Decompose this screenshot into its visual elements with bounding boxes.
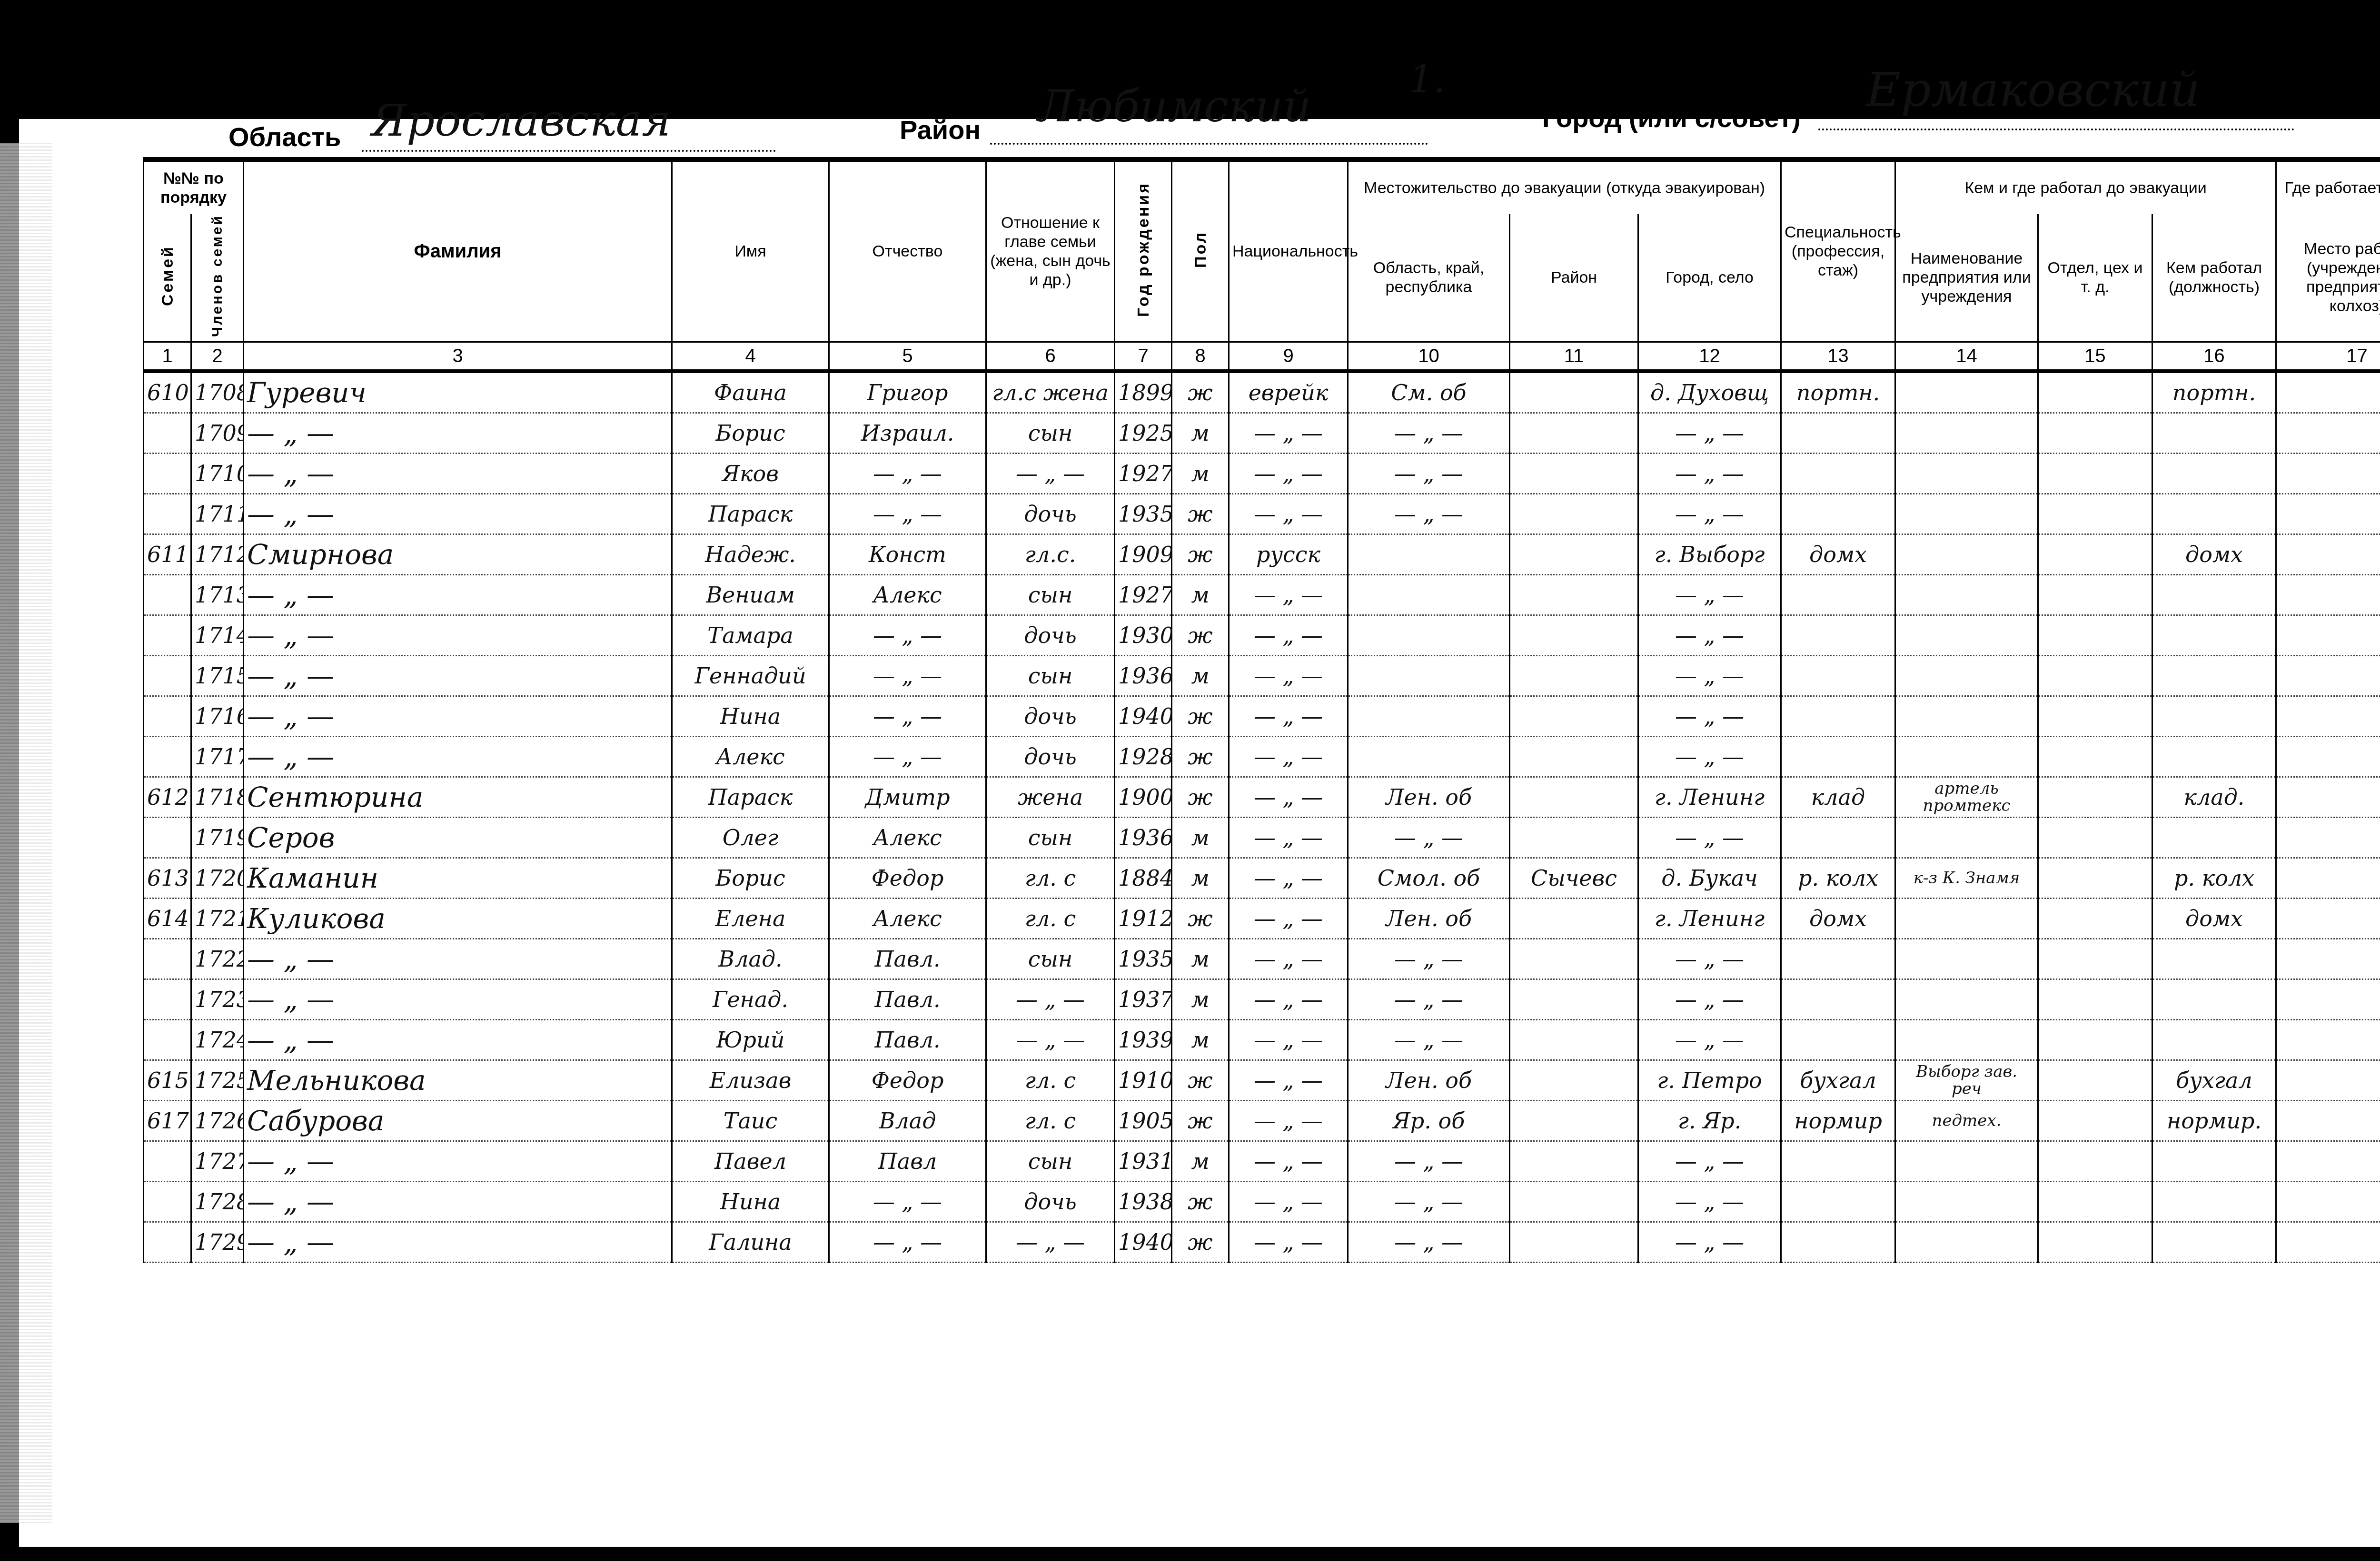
cell-position: бухгал bbox=[2152, 1060, 2276, 1100]
cell-dept bbox=[2038, 615, 2152, 655]
header-members-text: Членов семей bbox=[208, 214, 227, 337]
cell-relation: дочь bbox=[986, 736, 1115, 777]
cell-dept bbox=[2038, 939, 2152, 979]
cell-city: — „ — bbox=[1638, 736, 1781, 777]
cell-nationality: — „ — bbox=[1229, 696, 1348, 736]
cell-specialty: нормир bbox=[1781, 1100, 1895, 1141]
cell-nationality: — „ — bbox=[1229, 736, 1348, 777]
cell-nationality: — „ — bbox=[1229, 1141, 1348, 1181]
cell-work-place bbox=[2276, 1060, 2380, 1100]
cell-name: Геннадий bbox=[672, 655, 829, 696]
cell-dept bbox=[2038, 1141, 2152, 1181]
cell-dept bbox=[2038, 777, 2152, 817]
cell-patronymic: — „ — bbox=[829, 1222, 986, 1262]
cell-name: Олег bbox=[672, 817, 829, 858]
cell-oblast: — „ — bbox=[1348, 413, 1510, 453]
cell-family: 614 bbox=[144, 898, 191, 939]
col-num-8: 8 bbox=[1172, 342, 1229, 371]
cell-member: 1720 bbox=[191, 858, 244, 898]
cell-work-place bbox=[2276, 696, 2380, 736]
cell-year: 1884 bbox=[1115, 858, 1172, 898]
cell-year: 1937 bbox=[1115, 979, 1172, 1019]
cell-org bbox=[1895, 979, 2038, 1019]
header-specialty: Специальность (профессия, стаж) bbox=[1781, 159, 1895, 342]
header-birth-year: Год рождения bbox=[1115, 159, 1172, 342]
cell-family bbox=[144, 1141, 191, 1181]
cell-patronymic: Григор bbox=[829, 371, 986, 413]
cell-position: портн. bbox=[2152, 371, 2276, 413]
cell-surname: Сабурова bbox=[244, 1100, 672, 1141]
cell-family bbox=[144, 453, 191, 494]
header-oblast: Область, край, республика bbox=[1348, 214, 1510, 342]
cell-raion bbox=[1510, 413, 1638, 453]
cell-work-place bbox=[2276, 1222, 2380, 1262]
cell-nationality: — „ — bbox=[1229, 939, 1348, 979]
cell-surname: — „ — bbox=[244, 1222, 672, 1262]
cell-year: 1935 bbox=[1115, 494, 1172, 534]
cell-org bbox=[1895, 615, 2038, 655]
cell-work-place bbox=[2276, 413, 2380, 453]
cell-specialty bbox=[1781, 615, 1895, 655]
cell-city: — „ — bbox=[1638, 453, 1781, 494]
cell-raion bbox=[1510, 655, 1638, 696]
cell-city: г. Ленинг bbox=[1638, 777, 1781, 817]
cell-specialty: р. колх bbox=[1781, 858, 1895, 898]
header-relation: Отношение к главе семьи (жена, сын дочь … bbox=[986, 159, 1115, 342]
oblast-label: Область bbox=[228, 121, 341, 152]
cell-surname: Смирнова bbox=[244, 534, 672, 574]
cell-raion bbox=[1510, 1060, 1638, 1100]
cell-year: 1912 bbox=[1115, 898, 1172, 939]
cell-name: Елизав bbox=[672, 1060, 829, 1100]
cell-surname: Гуревич bbox=[244, 371, 672, 413]
gorod-label: Город (или с/совет) bbox=[1542, 102, 1801, 133]
col-num-17: 17 bbox=[2276, 342, 2380, 371]
evacuee-register-table: №№ по порядку Фамилия Имя Отчество Отнош… bbox=[143, 157, 2380, 1263]
cell-year: 1927 bbox=[1115, 453, 1172, 494]
cell-org bbox=[1895, 898, 2038, 939]
paper-edge-texture bbox=[0, 143, 52, 1523]
cell-relation: гл. с bbox=[986, 1100, 1115, 1141]
cell-relation: — „ — bbox=[986, 1222, 1115, 1262]
cell-oblast: — „ — bbox=[1348, 1019, 1510, 1060]
cell-raion bbox=[1510, 777, 1638, 817]
cell-dept bbox=[2038, 655, 2152, 696]
cell-family bbox=[144, 1222, 191, 1262]
cell-specialty bbox=[1781, 736, 1895, 777]
handwritten-scribble-mark bbox=[2356, 157, 2380, 319]
cell-patronymic: — „ — bbox=[829, 696, 986, 736]
cell-member: 1717 bbox=[191, 736, 244, 777]
cell-position bbox=[2152, 615, 2276, 655]
cell-sex: м bbox=[1172, 858, 1229, 898]
cell-org bbox=[1895, 696, 2038, 736]
cell-patronymic: Израил. bbox=[829, 413, 986, 453]
cell-oblast bbox=[1348, 696, 1510, 736]
cell-member: 1711 bbox=[191, 494, 244, 534]
table-row: 1722— „ —Влад.Павл.сын1935м— „ —— „ —— „… bbox=[144, 939, 2380, 979]
cell-org bbox=[1895, 736, 2038, 777]
cell-name: Павел bbox=[672, 1141, 829, 1181]
cell-dept bbox=[2038, 858, 2152, 898]
table-row: 1710— „ —Яков— „ —— „ —1927м— „ —— „ —— … bbox=[144, 453, 2380, 494]
cell-city: д. Букач bbox=[1638, 858, 1781, 898]
cell-work-place bbox=[2276, 1019, 2380, 1060]
cell-nationality: — „ — bbox=[1229, 1100, 1348, 1141]
cell-family bbox=[144, 939, 191, 979]
cell-work-place bbox=[2276, 858, 2380, 898]
cell-city: — „ — bbox=[1638, 979, 1781, 1019]
cell-raion bbox=[1510, 736, 1638, 777]
header-nationality: Национальность bbox=[1229, 159, 1348, 342]
header-raion: Район bbox=[1510, 214, 1638, 342]
cell-raion bbox=[1510, 1100, 1638, 1141]
cell-relation: — „ — bbox=[986, 979, 1115, 1019]
cell-relation: — „ — bbox=[986, 453, 1115, 494]
cell-dept bbox=[2038, 696, 2152, 736]
cell-surname: — „ — bbox=[244, 574, 672, 615]
cell-surname: Серов bbox=[244, 817, 672, 858]
cell-oblast: — „ — bbox=[1348, 494, 1510, 534]
header-group-residence: Местожительство до эвакуации (откуда эва… bbox=[1348, 159, 1781, 214]
cell-city: — „ — bbox=[1638, 1019, 1781, 1060]
cell-relation: дочь bbox=[986, 615, 1115, 655]
cell-dept bbox=[2038, 453, 2152, 494]
cell-position bbox=[2152, 574, 2276, 615]
header-dept: Отдел, цех и т. д. bbox=[2038, 214, 2152, 342]
cell-org bbox=[1895, 371, 2038, 413]
cell-surname: Куликова bbox=[244, 898, 672, 939]
cell-work-place bbox=[2276, 574, 2380, 615]
cell-dept bbox=[2038, 371, 2152, 413]
cell-patronymic: — „ — bbox=[829, 655, 986, 696]
cell-org bbox=[1895, 1222, 2038, 1262]
cell-raion bbox=[1510, 371, 1638, 413]
cell-raion bbox=[1510, 898, 1638, 939]
cell-specialty bbox=[1781, 413, 1895, 453]
col-num-11: 11 bbox=[1510, 342, 1638, 371]
cell-position bbox=[2152, 939, 2276, 979]
gorod-value: Ермаковский bbox=[1866, 62, 2200, 118]
cell-name: Вениам bbox=[672, 574, 829, 615]
cell-dept bbox=[2038, 817, 2152, 858]
cell-name: Фаина bbox=[672, 371, 829, 413]
table-row: 6121718СентюринаПараскДмитржена1900ж— „ … bbox=[144, 777, 2380, 817]
cell-oblast: Лен. об bbox=[1348, 1060, 1510, 1100]
cell-nationality: — „ — bbox=[1229, 1181, 1348, 1222]
cell-work-place bbox=[2276, 1181, 2380, 1222]
cell-work-place bbox=[2276, 939, 2380, 979]
table-row: 6111712СмирноваНадеж.Констгл.с.1909жрусс… bbox=[144, 534, 2380, 574]
header-city: Город, село bbox=[1638, 214, 1781, 342]
cell-dept bbox=[2038, 413, 2152, 453]
cell-city: — „ — bbox=[1638, 1141, 1781, 1181]
cell-raion bbox=[1510, 979, 1638, 1019]
cell-name: Яков bbox=[672, 453, 829, 494]
cell-nationality: — „ — bbox=[1229, 1222, 1348, 1262]
table-row: 1715— „ —Геннадий— „ —сын1936м— „ —— „ —… bbox=[144, 655, 2380, 696]
cell-city: — „ — bbox=[1638, 817, 1781, 858]
cell-year: 1927 bbox=[1115, 574, 1172, 615]
header-sex-text: Пол bbox=[1191, 231, 1210, 268]
cell-position: домх bbox=[2152, 898, 2276, 939]
cell-position: р. колх bbox=[2152, 858, 2276, 898]
cell-name: Галина bbox=[672, 1222, 829, 1262]
cell-work-place bbox=[2276, 777, 2380, 817]
raion-fill-line bbox=[990, 143, 1428, 145]
cell-name: Генад. bbox=[672, 979, 829, 1019]
cell-year: 1930 bbox=[1115, 615, 1172, 655]
cell-name: Алекс bbox=[672, 736, 829, 777]
header-families-text: Семей bbox=[158, 245, 177, 306]
cell-patronymic: Павл. bbox=[829, 1019, 986, 1060]
cell-org bbox=[1895, 939, 2038, 979]
cell-sex: ж bbox=[1172, 494, 1229, 534]
cell-patronymic: Конст bbox=[829, 534, 986, 574]
cell-relation: гл. с bbox=[986, 1060, 1115, 1100]
cell-year: 1900 bbox=[1115, 777, 1172, 817]
cell-nationality: русск bbox=[1229, 534, 1348, 574]
cell-member: 1715 bbox=[191, 655, 244, 696]
cell-sex: ж bbox=[1172, 696, 1229, 736]
cell-surname: — „ — bbox=[244, 655, 672, 696]
cell-work-place bbox=[2276, 979, 2380, 1019]
table-row: 6151725МельниковаЕлизавФедоргл. с1910ж— … bbox=[144, 1060, 2380, 1100]
cell-sex: ж bbox=[1172, 777, 1229, 817]
cell-relation: сын bbox=[986, 655, 1115, 696]
cell-name: Надеж. bbox=[672, 534, 829, 574]
cell-year: 1899 bbox=[1115, 371, 1172, 413]
cell-surname: — „ — bbox=[244, 979, 672, 1019]
cell-surname: Сентюрина bbox=[244, 777, 672, 817]
cell-specialty bbox=[1781, 817, 1895, 858]
cell-city: — „ — bbox=[1638, 696, 1781, 736]
cell-city: г. Выборг bbox=[1638, 534, 1781, 574]
table-row: 1728— „ —Нина— „ —дочь1938ж— „ —— „ —— „… bbox=[144, 1181, 2380, 1222]
cell-dept bbox=[2038, 534, 2152, 574]
cell-patronymic: — „ — bbox=[829, 453, 986, 494]
cell-city: — „ — bbox=[1638, 1181, 1781, 1222]
cell-specialty bbox=[1781, 1181, 1895, 1222]
cell-family bbox=[144, 655, 191, 696]
cell-year: 1931 bbox=[1115, 1141, 1172, 1181]
col-num-4: 4 bbox=[672, 342, 829, 371]
cell-dept bbox=[2038, 1060, 2152, 1100]
cell-patronymic: Павл bbox=[829, 1141, 986, 1181]
cell-position bbox=[2152, 696, 2276, 736]
cell-sex: м bbox=[1172, 1019, 1229, 1060]
cell-surname: Каманин bbox=[244, 858, 672, 898]
cell-position: клад. bbox=[2152, 777, 2276, 817]
table-row: 1723— „ —Генад.Павл.— „ —1937м— „ —— „ —… bbox=[144, 979, 2380, 1019]
cell-family: 611 bbox=[144, 534, 191, 574]
cell-family: 617 bbox=[144, 1100, 191, 1141]
header-position: Кем работал (должность) bbox=[2152, 214, 2276, 342]
cell-surname: Мельникова bbox=[244, 1060, 672, 1100]
cell-specialty bbox=[1781, 1141, 1895, 1181]
cell-relation: жена bbox=[986, 777, 1115, 817]
cell-sex: ж bbox=[1172, 1100, 1229, 1141]
cell-family: 610 bbox=[144, 371, 191, 413]
cell-position bbox=[2152, 413, 2276, 453]
cell-raion bbox=[1510, 534, 1638, 574]
cell-patronymic: Алекс bbox=[829, 898, 986, 939]
cell-work-place bbox=[2276, 655, 2380, 696]
cell-year: 1938 bbox=[1115, 1181, 1172, 1222]
cell-year: 1928 bbox=[1115, 736, 1172, 777]
table-row: 6131720КаманинБорисФедоргл. с1884м— „ —С… bbox=[144, 858, 2380, 898]
cell-relation: гл.с жена bbox=[986, 371, 1115, 413]
table-row: 1729— „ —Галина— „ —— „ —1940ж— „ —— „ —… bbox=[144, 1222, 2380, 1262]
cell-patronymic: Алекс bbox=[829, 574, 986, 615]
cell-relation: дочь bbox=[986, 494, 1115, 534]
cell-relation: гл. с bbox=[986, 858, 1115, 898]
col-num-6: 6 bbox=[986, 342, 1115, 371]
cell-org bbox=[1895, 655, 2038, 696]
col-num-16: 16 bbox=[2152, 342, 2276, 371]
cell-year: 1940 bbox=[1115, 1222, 1172, 1262]
cell-member: 1713 bbox=[191, 574, 244, 615]
cell-position bbox=[2152, 817, 2276, 858]
cell-nationality: еврейк bbox=[1229, 371, 1348, 413]
col-num-14: 14 bbox=[1895, 342, 2038, 371]
cell-name: Параск bbox=[672, 777, 829, 817]
cell-patronymic: Федор bbox=[829, 1060, 986, 1100]
header-group-work-before: Кем и где работал до эвакуации bbox=[1895, 159, 2276, 214]
cell-city: г. Петро bbox=[1638, 1060, 1781, 1100]
cell-position: домх bbox=[2152, 534, 2276, 574]
table-row: 1709— „ —БорисИзраил.сын1925м— „ —— „ ——… bbox=[144, 413, 2380, 453]
cell-name: Влад. bbox=[672, 939, 829, 979]
cell-patronymic: — „ — bbox=[829, 494, 986, 534]
col-num-1: 1 bbox=[144, 342, 191, 371]
header-org: Наименование предприятия или учреждения bbox=[1895, 214, 2038, 342]
cell-work-place bbox=[2276, 817, 2380, 858]
cell-raion bbox=[1510, 696, 1638, 736]
cell-sex: ж bbox=[1172, 898, 1229, 939]
cell-surname: — „ — bbox=[244, 1181, 672, 1222]
cell-specialty: бухгал bbox=[1781, 1060, 1895, 1100]
cell-raion bbox=[1510, 494, 1638, 534]
cell-surname: — „ — bbox=[244, 615, 672, 655]
cell-position bbox=[2152, 736, 2276, 777]
cell-city: — „ — bbox=[1638, 413, 1781, 453]
cell-city: — „ — bbox=[1638, 939, 1781, 979]
cell-year: 1940 bbox=[1115, 696, 1172, 736]
table-row: 1716— „ —Нина— „ —дочь1940ж— „ —— „ —— „… bbox=[144, 696, 2380, 736]
cell-org bbox=[1895, 453, 2038, 494]
cell-position bbox=[2152, 1181, 2276, 1222]
table-row: 1727— „ —ПавелПавлсын1931м— „ —— „ —— „ … bbox=[144, 1141, 2380, 1181]
cell-relation: сын bbox=[986, 1141, 1115, 1181]
cell-surname: — „ — bbox=[244, 453, 672, 494]
cell-member: 1714 bbox=[191, 615, 244, 655]
cell-sex: м bbox=[1172, 655, 1229, 696]
page-mark: 1. bbox=[1409, 57, 1445, 101]
cell-work-place bbox=[2276, 494, 2380, 534]
cell-dept bbox=[2038, 1181, 2152, 1222]
cell-relation: дочь bbox=[986, 1181, 1115, 1222]
cell-family bbox=[144, 1181, 191, 1222]
cell-member: 1710 bbox=[191, 453, 244, 494]
cell-specialty: домх bbox=[1781, 898, 1895, 939]
register-body: 6101708ГуревичФаинаГригоргл.с жена1899же… bbox=[144, 371, 2380, 1263]
cell-dept bbox=[2038, 574, 2152, 615]
cell-position bbox=[2152, 453, 2276, 494]
header-name: Имя bbox=[672, 159, 829, 342]
cell-org bbox=[1895, 494, 2038, 534]
cell-patronymic: Дмитр bbox=[829, 777, 986, 817]
cell-name: Нина bbox=[672, 696, 829, 736]
col-num-12: 12 bbox=[1638, 342, 1781, 371]
cell-specialty bbox=[1781, 574, 1895, 615]
cell-nationality: — „ — bbox=[1229, 615, 1348, 655]
table-row: 1713— „ —ВениамАлекссын1927м— „ —— „ —— … bbox=[144, 574, 2380, 615]
cell-work-place bbox=[2276, 1141, 2380, 1181]
cell-family bbox=[144, 413, 191, 453]
cell-oblast bbox=[1348, 574, 1510, 615]
cell-sex: ж bbox=[1172, 534, 1229, 574]
cell-surname: — „ — bbox=[244, 413, 672, 453]
cell-dept bbox=[2038, 898, 2152, 939]
cell-org: Выборг зав. реч bbox=[1895, 1060, 2038, 1100]
cell-dept bbox=[2038, 979, 2152, 1019]
cell-oblast: — „ — bbox=[1348, 1222, 1510, 1262]
cell-city: — „ — bbox=[1638, 494, 1781, 534]
oblast-fill-line bbox=[362, 150, 776, 152]
cell-family bbox=[144, 574, 191, 615]
cell-org bbox=[1895, 817, 2038, 858]
cell-raion bbox=[1510, 817, 1638, 858]
cell-member: 1712 bbox=[191, 534, 244, 574]
header-surname: Фамилия bbox=[244, 159, 672, 342]
cell-surname: — „ — bbox=[244, 939, 672, 979]
cell-name: Елена bbox=[672, 898, 829, 939]
cell-family: 612 bbox=[144, 777, 191, 817]
col-num-3: 3 bbox=[244, 342, 672, 371]
cell-dept bbox=[2038, 1019, 2152, 1060]
cell-family bbox=[144, 1019, 191, 1060]
cell-org bbox=[1895, 1019, 2038, 1060]
cell-sex: м bbox=[1172, 413, 1229, 453]
cell-name: Нина bbox=[672, 1181, 829, 1222]
raion-value: Любимский bbox=[1038, 81, 1311, 132]
cell-org bbox=[1895, 413, 2038, 453]
cell-work-place bbox=[2276, 371, 2380, 413]
header-members: Членов семей bbox=[191, 214, 244, 342]
cell-nationality: — „ — bbox=[1229, 858, 1348, 898]
table-row: 1717— „ —Алекс— „ —дочь1928ж— „ —— „ — bbox=[144, 736, 2380, 777]
cell-raion bbox=[1510, 453, 1638, 494]
cell-sex: ж bbox=[1172, 615, 1229, 655]
cell-position: нормир. bbox=[2152, 1100, 2276, 1141]
cell-family: 613 bbox=[144, 858, 191, 898]
cell-specialty bbox=[1781, 939, 1895, 979]
cell-patronymic: Павл. bbox=[829, 939, 986, 979]
cell-sex: ж bbox=[1172, 1222, 1229, 1262]
cell-specialty: клад bbox=[1781, 777, 1895, 817]
cell-nationality: — „ — bbox=[1229, 898, 1348, 939]
cell-work-place bbox=[2276, 736, 2380, 777]
cell-nationality: — „ — bbox=[1229, 574, 1348, 615]
cell-member: 1716 bbox=[191, 696, 244, 736]
cell-surname: — „ — bbox=[244, 736, 672, 777]
cell-relation: гл. с bbox=[986, 898, 1115, 939]
cell-relation: сын bbox=[986, 939, 1115, 979]
cell-org: педтех. bbox=[1895, 1100, 2038, 1141]
cell-specialty bbox=[1781, 979, 1895, 1019]
cell-position bbox=[2152, 655, 2276, 696]
